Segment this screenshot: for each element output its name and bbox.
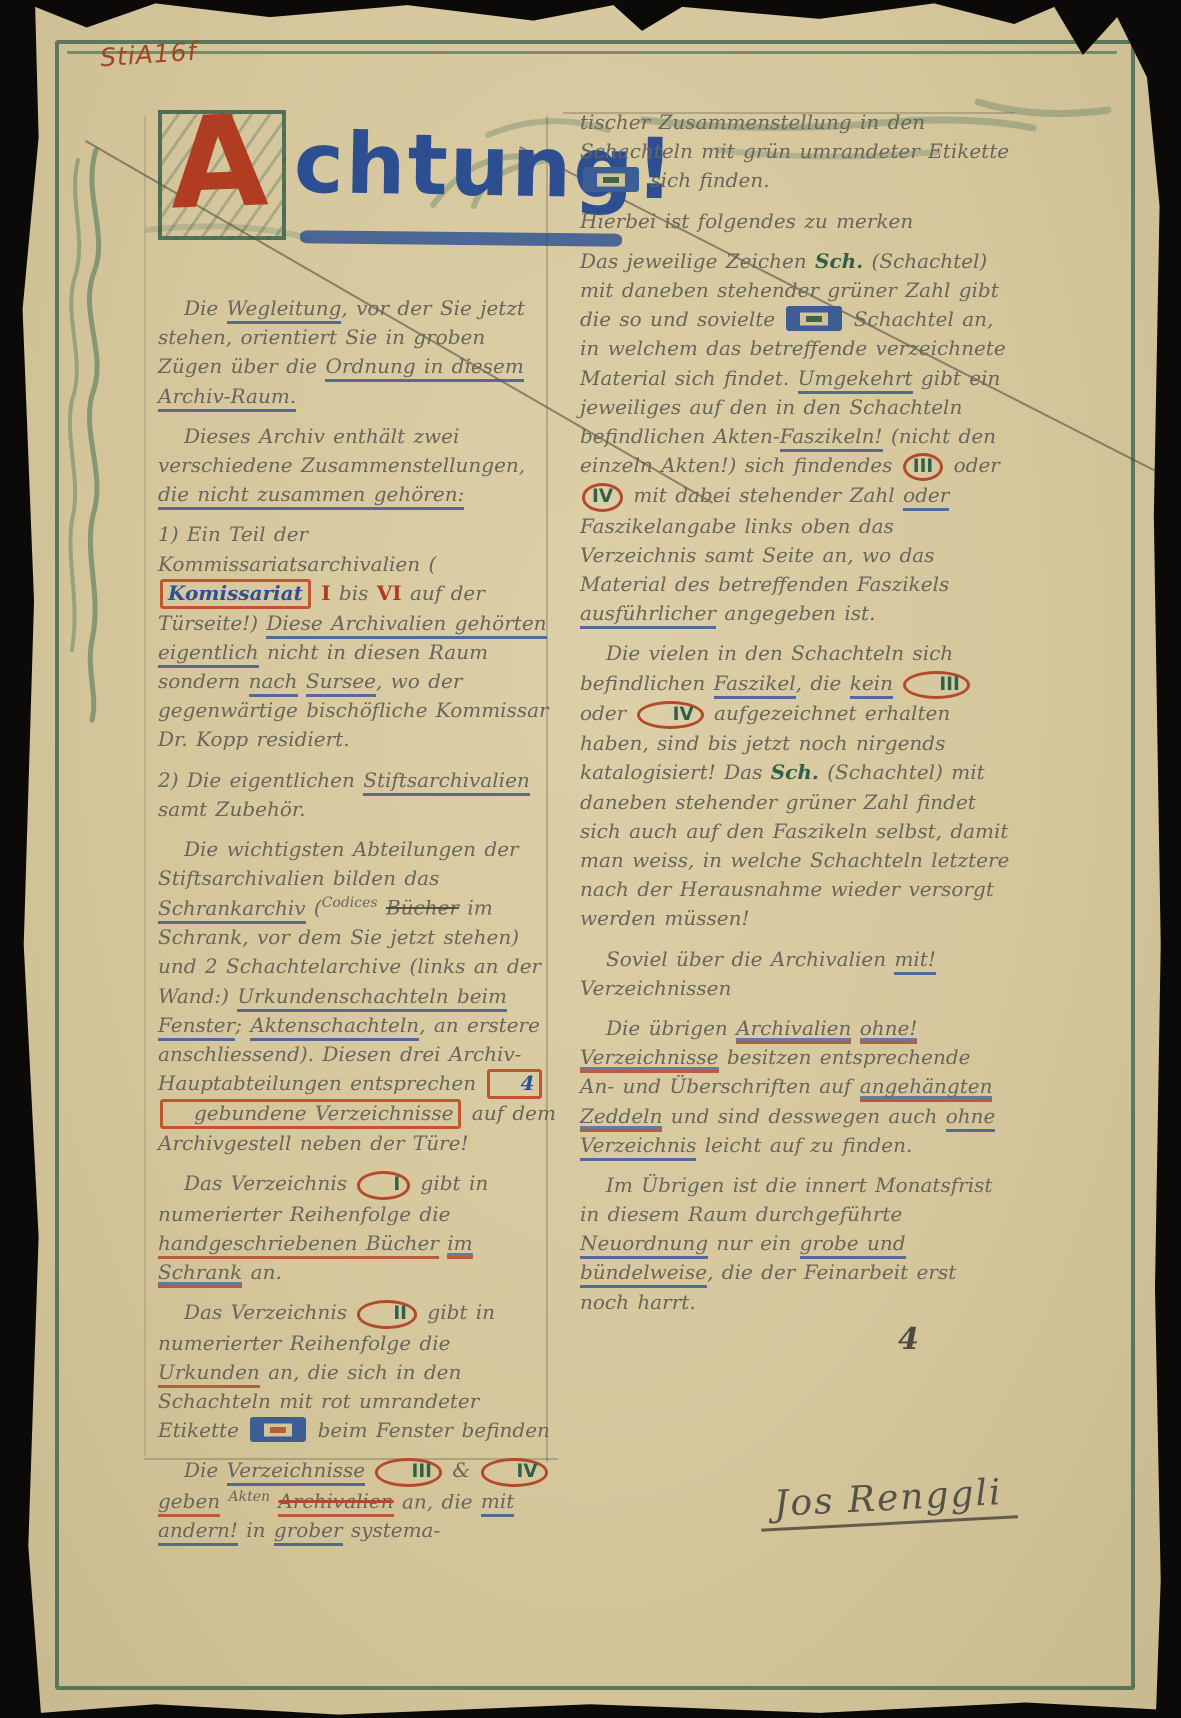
text-span: Verzeichnissen [580,976,731,1000]
text-span: Im Übrigen ist die innert Monatsfrist in… [580,1173,992,1226]
text-span: Komissariat [160,579,311,609]
text-span: mit dabei stehender Zahl [625,483,903,507]
paragraph: Soviel über die Archivalien mit! Verzeic… [580,945,1010,1003]
photo-background: { "meta": { "archive_ref": "StiA16f", "p… [0,0,1181,1718]
text-span: oder [903,483,949,511]
paragraph: Dieses Archiv enthält zwei verschiedene … [158,422,556,510]
text-span: , die [796,671,850,695]
paragraph: Die Verzeichnisse III & IV geben Akten A… [158,1456,556,1545]
text-span: beim Fenster befinden [309,1418,550,1442]
text-span: 1) Ein Teil der Kommissariatsarchivalien… [158,522,436,575]
text-span: 2) Die eigentlichen [158,768,363,792]
paragraph: Die übrigen Archivalien ohne! Verzeichni… [580,1014,1010,1160]
text-span: Stiftsarchivalien [363,768,530,796]
text-span: angehängten [860,1074,993,1102]
verzeichnis-numeral: IV [582,483,623,511]
verzeichnis-numeral: II [357,1300,417,1328]
text-span: angegeben ist. [716,601,875,625]
text-span: Faszikelangabe links oben das Verzeichni… [580,514,949,596]
title-initial-box: A [158,110,286,240]
text-span: ausführlicher [580,601,716,629]
text-span: Neuordnung [580,1231,708,1259]
text-span: samt Zubehör. [158,797,306,821]
etikette-red-icon [250,1417,306,1442]
text-span: Archivalien [736,1016,851,1044]
page-number: 4 [898,1322,919,1357]
text-span: Zeddeln [580,1104,662,1132]
verzeichnis-numeral: IV [637,701,704,729]
text-span: Codices [322,895,378,911]
text-span: und sind desswegen auch [662,1104,945,1128]
text-span: Archivalien [278,1489,393,1517]
text-span: Aktenschachteln [250,1013,419,1041]
left-column: A chtung! Die Wegleitung, vor der Sie je… [158,96,556,1557]
text-span: leicht auf zu finden. [696,1133,912,1157]
text-span: 4 [487,1069,543,1099]
text-span [893,671,901,695]
paragraph: 2) Die eigentlichen Stiftsarchivalien sa… [158,766,556,824]
paragraph: Das jeweilige Zeichen Sch. (Schachtel) m… [580,247,1010,629]
text-span: nur ein [708,1231,800,1255]
text-span: in [238,1518,274,1542]
paragraph: 1) Ein Teil der Kommissariatsarchivalien… [158,520,556,754]
verzeichnis-numeral: III [903,671,970,699]
verzeichnis-numeral: III [903,453,944,481]
document-page: StiA16f A chtung! Die Wegleitung, vor de… [18,0,1163,1718]
text-span: Verzeichnisse [227,1458,366,1486]
title-initial-letter: A [168,98,270,227]
left-column-text: Die Wegleitung, vor der Sie jetzt stehen… [158,294,556,1546]
text-span [365,1458,373,1482]
text-span: VI [377,581,402,605]
text-span: mit! [894,947,935,975]
paragraph: Die Wegleitung, vor der Sie jetzt stehen… [158,294,556,411]
text-span: sich finden. [642,168,770,192]
title: A chtung! [158,96,556,274]
text-span: tischer Zusammenstellung in den Schachte… [580,110,1009,163]
text-span: nach [249,669,298,697]
text-span: oder [580,701,635,725]
text-span: an. [242,1260,282,1284]
text-span: Sursee [306,669,376,697]
text-span: Die [184,1458,227,1482]
text-span: Dieses Archiv enthält zwei verschiedene … [158,424,525,477]
verzeichnis-numeral: I [357,1171,410,1199]
verzeichnis-numeral: III [375,1458,442,1486]
text-span: systema- [343,1518,441,1542]
etikette-green-icon [583,167,639,192]
verzeichnis-numeral: IV [481,1458,548,1486]
paragraph: Die wichtigsten Abteilungen der Stiftsar… [158,835,556,1158]
text-span [220,1489,228,1513]
text-span: Sch. [815,249,863,273]
text-span: Das Verzeichnis [184,1300,355,1324]
text-span: Faszikel [714,671,796,699]
text-span [298,669,306,693]
text-span: bis [331,581,377,605]
paragraph: Das Verzeichnis I gibt in numerierter Re… [158,1169,556,1287]
text-span: Die wichtigsten Abteilungen der Stiftsar… [158,837,519,890]
text-span: ; [235,1013,250,1037]
paragraph: Das Verzeichnis II gibt in numerierter R… [158,1298,556,1445]
text-span: Sch. [771,760,819,784]
right-column: tischer Zusammenstellung in den Schachte… [580,108,1010,1328]
text-span: geben [158,1489,220,1517]
text-span: gebundene Verzeichnisse [160,1099,461,1129]
text-span: Urkunden [158,1360,260,1388]
text-span: Bücher [386,896,459,920]
text-span: grober [274,1518,343,1546]
text-span [378,896,386,920]
text-span [313,581,321,605]
text-span: handgeschriebenen Bücher [158,1231,439,1259]
text-span [851,1016,859,1040]
text-span: Soviel über die Archivalien [606,947,894,971]
text-span: Akten [229,1489,271,1505]
text-span: Faszikeln! [780,424,883,452]
title-underline [300,230,622,246]
text-span: & [444,1458,479,1482]
text-span: I [321,581,330,605]
paragraph: Hierbei ist folgendes zu merken [580,207,1010,236]
text-span: Umgekehrt [798,366,913,394]
etikette-green-icon [786,306,842,331]
paragraph: Im Übrigen ist die innert Monatsfrist in… [580,1171,1010,1317]
text-span: an, die [394,1489,481,1513]
left-column-guide [144,116,146,1456]
paragraph: Die vielen in den Schachteln sich befind… [580,639,1010,933]
text-span: Die übrigen [606,1016,736,1040]
paragraph: tischer Zusammenstellung in den Schachte… [580,108,1010,196]
text-span: kein [850,671,893,699]
text-span: (Schachtel) mit daneben stehender grüner… [580,760,1009,930]
text-span: Schrankarchiv [158,896,306,924]
text-span: oder [945,453,1000,477]
text-span: Hierbei ist folgendes zu merken [580,209,913,233]
text-span: Das Verzeichnis [184,1171,355,1195]
right-column-text: tischer Zusammenstellung in den Schachte… [580,108,1010,1317]
text-span: Das jeweilige Zeichen [580,249,815,273]
text-span: ( [306,896,322,920]
text-span: die nicht zusammen gehören: [158,482,464,510]
text-span: Die [184,296,227,320]
text-span: Wegleitung [227,296,342,324]
